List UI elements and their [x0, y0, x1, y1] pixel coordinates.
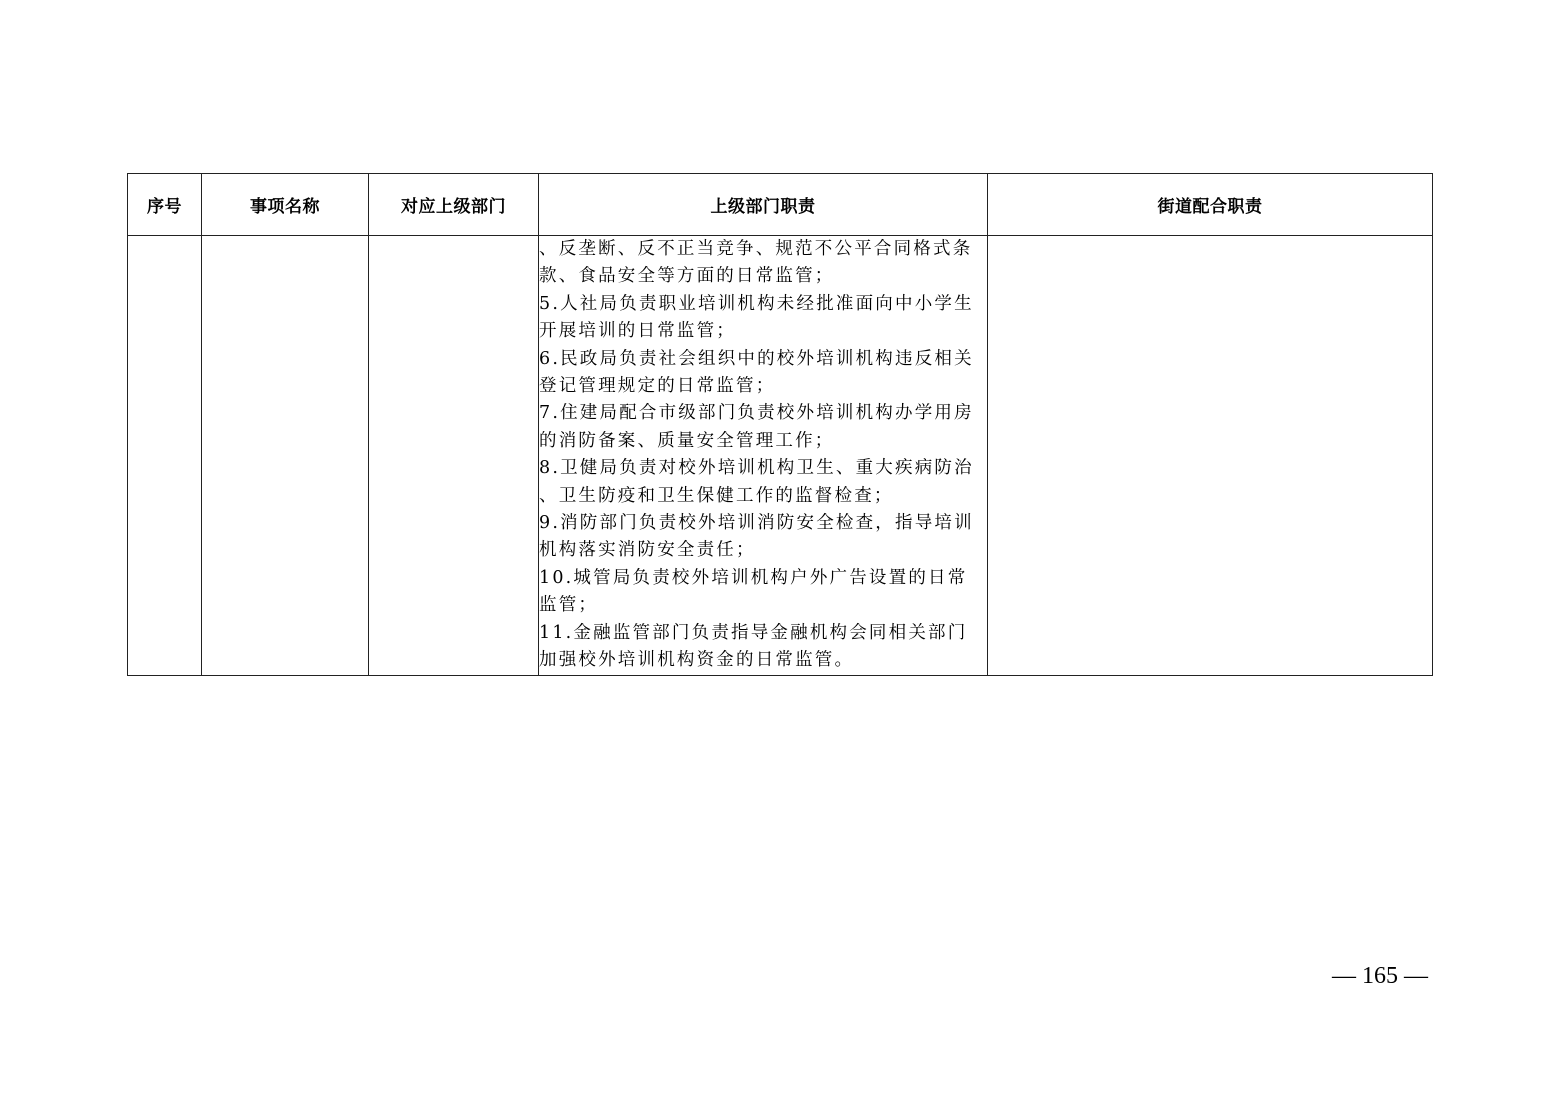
header-serial: 序号 [128, 174, 202, 236]
table-header-row: 序号 事项名称 对应上级部门 上级部门职责 街道配合职责 [128, 174, 1433, 236]
duty-line: 机构落实消防安全责任； [539, 537, 987, 564]
duty-line: 监管； [539, 592, 987, 619]
duty-line: 、反垄断、反不正当竞争、规范不公平合同格式条 [539, 236, 987, 263]
header-superior-dept: 对应上级部门 [369, 174, 539, 236]
duty-line: 9.消防部门负责校外培训消防安全检查，指导培训 [539, 510, 987, 537]
duty-line: 10.城管局负责校外培训机构户外广告设置的日常 [539, 565, 987, 592]
duty-line: 款、食品安全等方面的日常监管； [539, 263, 987, 290]
header-item-name: 事项名称 [202, 174, 369, 236]
duty-line: 的消防备案、质量安全管理工作； [539, 428, 987, 455]
duty-line: 7.住建局配合市级部门负责校外培训机构办学用房 [539, 400, 987, 427]
duty-line: 5.人社局负责职业培训机构未经批准面向中小学生 [539, 291, 987, 318]
cell-serial [128, 236, 202, 676]
duty-line: 11.金融监管部门负责指导金融机构会同相关部门 [539, 620, 987, 647]
cell-superior-dept [369, 236, 539, 676]
duty-line: 开展培训的日常监管； [539, 318, 987, 345]
header-superior-duties: 上级部门职责 [539, 174, 988, 236]
duty-line: 登记管理规定的日常监管； [539, 373, 987, 400]
header-street-duties: 街道配合职责 [988, 174, 1433, 236]
cell-item-name [202, 236, 369, 676]
cell-street-duties [988, 236, 1433, 676]
table-row: 、反垄断、反不正当竞争、规范不公平合同格式条 款、食品安全等方面的日常监管； 5… [128, 236, 1433, 676]
duty-line: 、卫生防疫和卫生保健工作的监督检查； [539, 483, 987, 510]
cell-superior-duties: 、反垄断、反不正当竞争、规范不公平合同格式条 款、食品安全等方面的日常监管； 5… [539, 236, 988, 676]
page-number: — 165 — [1332, 963, 1428, 990]
duty-table: 序号 事项名称 对应上级部门 上级部门职责 街道配合职责 、反垄断、反不正当竞争… [127, 173, 1433, 676]
duty-line: 8.卫健局负责对校外培训机构卫生、重大疾病防治 [539, 455, 987, 482]
duty-line: 6.民政局负责社会组织中的校外培训机构违反相关 [539, 346, 987, 373]
duty-line: 加强校外培训机构资金的日常监管。 [539, 647, 987, 674]
